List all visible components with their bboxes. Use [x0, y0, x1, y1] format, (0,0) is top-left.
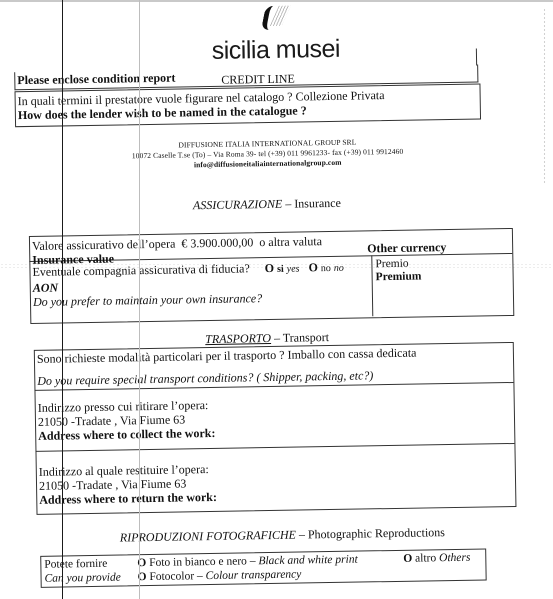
photo-option-other[interactable]: O altro Others [403, 552, 470, 565]
radio-circle-icon[interactable]: O [403, 553, 412, 565]
other-currency-label: Other currency [367, 240, 446, 256]
credit-line-title: CREDIT LINE [221, 72, 295, 88]
transport-conditions-answer: Imballo con cassa dedicata [287, 346, 416, 362]
return-label-en: Address where to return the work: [39, 490, 217, 508]
photos-title: RIPRODUZIONI FOTOGRAFICHE – Photographic… [6, 523, 553, 547]
collect-label-en: Address where to collect the work: [38, 426, 215, 444]
loan-form-page: sicilia musei Please enclose condition r… [0, 0, 553, 599]
photos-provide-it: Potete fornire [44, 558, 107, 571]
premium-label-it: Premio [375, 258, 408, 271]
company-info: DIFFUSIONE ITALIA INTERNATIONAL GROUP SR… [97, 136, 437, 172]
radio-circle-icon[interactable]: O [265, 261, 275, 275]
scan-artifact-line-faint [139, 0, 140, 599]
logo: sicilia musei [195, 5, 356, 65]
logo-text: sicilia musei [196, 36, 356, 65]
premium-label-en: Premium [376, 270, 422, 283]
insurance-value: € 3.900.000,00 [181, 235, 253, 250]
insurance-option-no[interactable]: O no no [308, 260, 344, 275]
radio-circle-icon[interactable]: O [308, 260, 318, 274]
condition-report-label: Please enclose condition report [17, 71, 175, 89]
scan-artifact-line [62, 0, 63, 599]
photos-provide-en: Can you provide [44, 572, 120, 585]
insurance-option-yes[interactable]: O si yes [265, 260, 303, 275]
credit-line-answer: Collezione Privata [295, 88, 384, 103]
box-edge [476, 49, 477, 66]
sicilia-musei-s-icon [260, 6, 290, 32]
insurance-title: ASSICURAZIONE – Insurance [0, 192, 544, 216]
